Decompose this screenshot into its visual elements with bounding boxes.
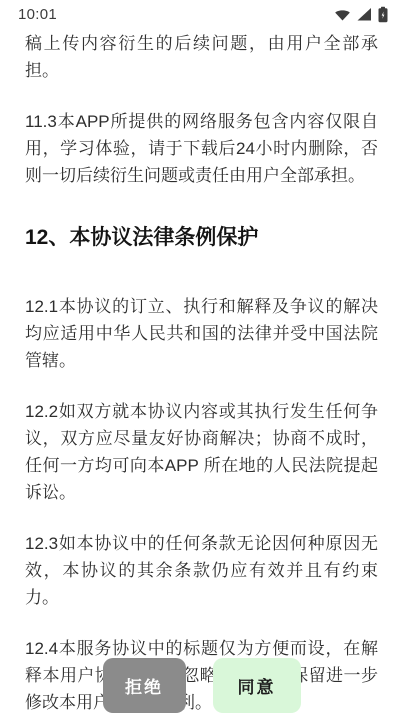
status-bar-clock: 10:01 (18, 6, 57, 23)
app-screen: 10:01 稿上传内容衍生的后续问题，由用户全部承 (0, 0, 403, 720)
cellular-signal-icon (356, 7, 372, 22)
reject-button[interactable]: 拒绝 (103, 658, 186, 713)
wifi-icon (334, 7, 351, 22)
agree-button[interactable]: 同意 (213, 658, 301, 713)
battery-charging-icon (377, 6, 389, 23)
agreement-clause-12-1: 12.1本协议的订立、执行和解释及争议的解决均应适用中华人民共和国的法律并受中国… (25, 293, 378, 374)
agreement-scroll-area[interactable]: 稿上传内容衍生的后续问题，由用户全部承担。 11.3本APP所提供的网络服务包含… (0, 30, 403, 716)
agreement-section-12-title: 12、本协议法律条例保护 (25, 223, 378, 253)
agreement-clause-12-3: 12.3如本协议中的任何条款无论因何种原因无效，本协议的其余条款仍应有效并且有约… (25, 530, 378, 611)
agreement-intro-tail: 稿上传内容衍生的后续问题，由用户全部承担。 (25, 30, 378, 84)
agreement-clause-12-2: 12.2如双方就本协议内容或其执行发生任何争议，双方应尽量友好协商解决；协商不成… (25, 398, 378, 506)
agreement-action-bar: 拒绝 同意 (0, 658, 403, 713)
status-bar: 10:01 (0, 0, 403, 28)
status-bar-icons (334, 6, 389, 23)
agreement-clause-11-3: 11.3本APP所提供的网络服务包含内容仅限自用，学习体验，请于下载后24小时内… (25, 108, 378, 189)
